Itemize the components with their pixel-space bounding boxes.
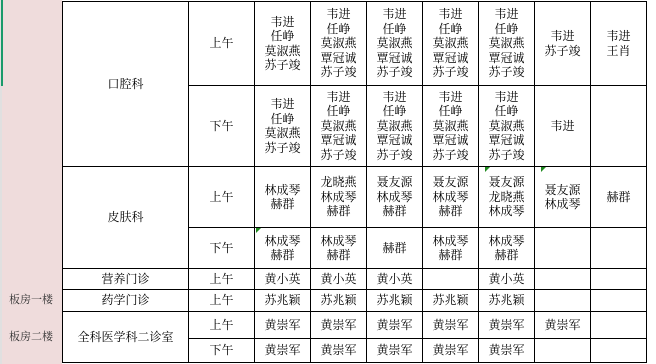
schedule-cell[interactable]: 黄崇军	[255, 339, 311, 363]
schedule-cell[interactable]: 赫群	[367, 228, 423, 269]
period-cell[interactable]: 上午	[189, 312, 255, 339]
schedule-cell[interactable]: 黄崇军	[311, 339, 367, 363]
schedule-cell[interactable]	[591, 312, 647, 339]
schedule-cell[interactable]: 林成琴 赫群	[255, 228, 311, 269]
schedule-cell[interactable]: 林成琴 赫群	[311, 228, 367, 269]
period-cell[interactable]: 上午	[189, 290, 255, 312]
schedule-cell[interactable]: 黄崇军	[255, 312, 311, 339]
table-row: 营养门诊 上午 黄小英 黄小英 黄小英 黄小英	[63, 269, 647, 290]
dept-cell[interactable]: 口腔科	[63, 2, 189, 167]
schedule-cell[interactable]: 龙晓燕 林成琴 赫群	[311, 167, 367, 228]
schedule-cell[interactable]: 韦进 任峥 莫淑燕 覃冠诚 苏子竣	[367, 86, 423, 167]
table-row: 全科医学科二诊室 上午 黄崇军 黄崇军 黄崇军 黄崇军 黄崇军 黄崇军	[63, 312, 647, 339]
dept-cell[interactable]: 全科医学科二诊室	[63, 312, 189, 363]
schedule-cell[interactable]: 苏兆颖	[479, 290, 535, 312]
schedule-table: 口腔科 上午 韦进 任峥 莫淑燕 苏子竣 韦进 任峥 莫淑燕 覃冠诚 苏子竣 韦…	[62, 1, 647, 363]
schedule-cell[interactable]: 黄崇军	[367, 339, 423, 363]
schedule-cell[interactable]: 黄崇军	[423, 339, 479, 363]
schedule-cell[interactable]: 黄崇军	[423, 312, 479, 339]
schedule-cell[interactable]: 林成琴 赫群	[479, 228, 535, 269]
schedule-cell[interactable]: 林成琴 赫群	[255, 167, 311, 228]
table-row: 口腔科 上午 韦进 任峥 莫淑燕 苏子竣 韦进 任峥 莫淑燕 覃冠诚 苏子竣 韦…	[63, 2, 647, 86]
schedule-cell[interactable]: 韦进 任峥 莫淑燕 覃冠诚 苏子竣	[311, 2, 367, 86]
schedule-cell[interactable]	[591, 290, 647, 312]
period-cell[interactable]: 上午	[189, 2, 255, 86]
dept-cell[interactable]: 营养门诊	[63, 269, 189, 290]
schedule-cell[interactable]: 黄崇军	[367, 312, 423, 339]
schedule-cell[interactable]: 聂友源 林成琴 赫群	[423, 167, 479, 228]
schedule-cell[interactable]	[591, 269, 647, 290]
schedule-cell[interactable]: 黄崇军	[479, 339, 535, 363]
period-cell[interactable]: 下午	[189, 339, 255, 363]
schedule-cell[interactable]	[535, 269, 591, 290]
schedule-cell[interactable]: 韦进 任峥 莫淑燕 覃冠诚 苏子竣	[423, 86, 479, 167]
table-row: 皮肤科 上午 林成琴 赫群 龙晓燕 林成琴 赫群 聂友源 林成琴 赫群 聂友源 …	[63, 167, 647, 228]
period-cell[interactable]: 下午	[189, 86, 255, 167]
schedule-cell[interactable]: 韦进 任峥 莫淑燕 覃冠诚 苏子竣	[479, 86, 535, 167]
schedule-cell[interactable]: 聂友源 林成琴	[535, 167, 591, 228]
schedule-cell[interactable]	[423, 269, 479, 290]
schedule-cell[interactable]: 韦进	[535, 86, 591, 167]
period-cell[interactable]: 下午	[189, 228, 255, 269]
row-header-band	[0, 0, 62, 364]
location-label-floor1: 板房一楼	[0, 291, 62, 307]
schedule-cell[interactable]: 韦进 任峥 莫淑燕 覃冠诚 苏子竣	[423, 2, 479, 86]
schedule-cell[interactable]: 韦进 王肖	[591, 2, 647, 86]
schedule-cell[interactable]: 聂友源 龙晓燕 林成琴	[479, 167, 535, 228]
schedule-cell[interactable]: 苏兆颖	[311, 290, 367, 312]
selection-indicator	[1, 0, 3, 86]
dept-cell[interactable]: 皮肤科	[63, 167, 189, 269]
dept-cell[interactable]: 药学门诊	[63, 290, 189, 312]
location-label-floor2: 板房二楼	[0, 328, 62, 344]
schedule-cell[interactable]: 黄小英	[311, 269, 367, 290]
schedule-cell[interactable]: 黄崇军	[479, 312, 535, 339]
comment-marker-icon[interactable]	[256, 228, 261, 233]
schedule-cell[interactable]	[535, 228, 591, 269]
schedule-cell[interactable]	[591, 228, 647, 269]
comment-marker-icon[interactable]	[485, 167, 490, 172]
schedule-cell[interactable]: 苏兆颖	[255, 290, 311, 312]
period-cell[interactable]: 上午	[189, 167, 255, 228]
schedule-cell[interactable]	[591, 339, 647, 363]
schedule-cell[interactable]: 林成琴 赫群	[423, 228, 479, 269]
comment-marker-icon[interactable]	[541, 167, 546, 172]
schedule-cell[interactable]: 黄小英	[367, 269, 423, 290]
schedule-cell[interactable]: 韦进 苏子竣	[535, 2, 591, 86]
period-cell[interactable]: 上午	[189, 269, 255, 290]
schedule-cell[interactable]	[591, 86, 647, 167]
schedule-cell[interactable]: 韦进 任峥 莫淑燕 苏子竣	[255, 2, 311, 86]
table-row: 药学门诊 上午 苏兆颖 苏兆颖 苏兆颖 苏兆颖 苏兆颖	[63, 290, 647, 312]
schedule-cell[interactable]: 苏兆颖	[367, 290, 423, 312]
schedule-cell[interactable]: 苏兆颖	[423, 290, 479, 312]
schedule-cell[interactable]: 韦进 任峥 莫淑燕 苏子竣	[255, 86, 311, 167]
schedule-cell[interactable]: 黄崇军	[535, 312, 591, 339]
schedule-cell[interactable]: 聂友源 林成琴 赫群	[367, 167, 423, 228]
schedule-cell[interactable]: 韦进 任峥 莫淑燕 覃冠诚 苏子竣	[311, 86, 367, 167]
schedule-cell[interactable]	[535, 339, 591, 363]
schedule-cell[interactable]: 黄崇军	[311, 312, 367, 339]
schedule-cell[interactable]: 黄小英	[255, 269, 311, 290]
schedule-cell[interactable]: 韦进 任峥 莫淑燕 覃冠诚 苏子竣	[479, 2, 535, 86]
schedule-cell[interactable]	[535, 290, 591, 312]
schedule-cell[interactable]: 赫群	[591, 167, 647, 228]
schedule-cell[interactable]: 韦进 任峥 莫淑燕 覃冠诚 苏子竣	[367, 2, 423, 86]
schedule-cell[interactable]: 黄小英	[479, 269, 535, 290]
